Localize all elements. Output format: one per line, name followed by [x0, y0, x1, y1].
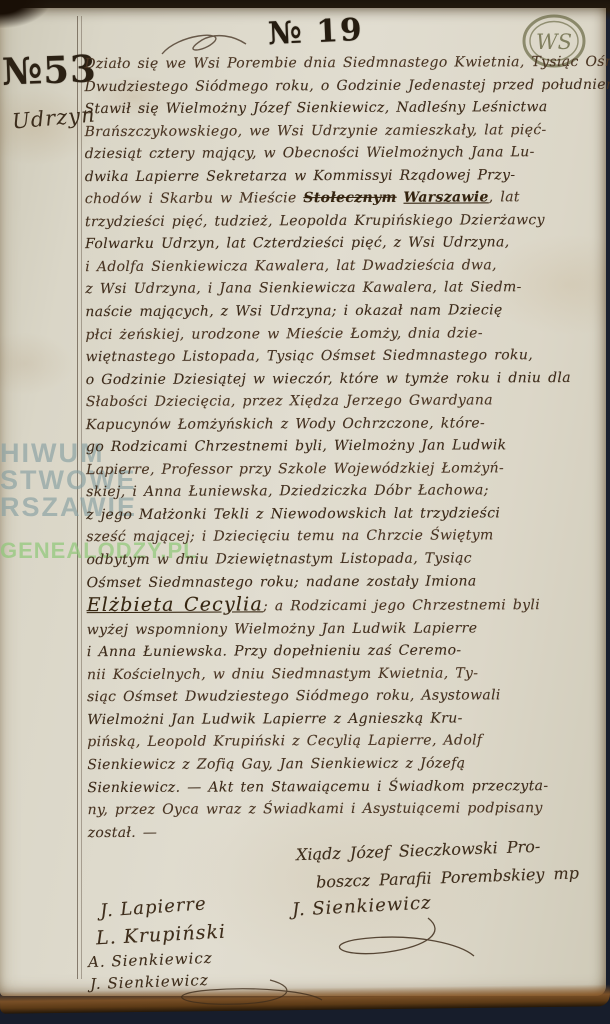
record-line: pińską, Leopold Krupiński z Cecylią Lapi…: [87, 729, 603, 754]
record-line: Sienkiewicz. — Akt ten Stawaiącemu i Świ…: [87, 774, 603, 799]
father-signature-flourish: [278, 912, 488, 968]
record-line: sześć mającej; i Dziecięciu temu na Chrz…: [86, 524, 602, 549]
act-number-margin: №53: [1, 46, 97, 93]
record-line: płci żeńskiej, urodzone w Mieście Łomży,…: [85, 321, 601, 346]
record-line: i Adolfa Sienkiewicza Kawalera, lat Dwad…: [85, 254, 601, 279]
record-line: Stawił się Wielmożny Józef Sienkiewicz, …: [84, 96, 600, 121]
record-text-fragment: , lat: [489, 190, 520, 206]
record-line: więtnastego Listopada, Tysiąc Ośmset Sie…: [86, 344, 602, 369]
record-line: z jego Małżonki Tekli z Niewodowskich la…: [86, 502, 602, 527]
record-line: dwika Lapierre Sekretarza w Kommissyi Rz…: [85, 164, 601, 189]
record-text-fragment: ; a Rodzicami jego Chrzestnemi byli: [263, 597, 540, 614]
record-line: o Godzinie Dziesiątej w wieczór, które w…: [86, 367, 602, 392]
record-line: Wielmożni Jan Ludwik Lapierre z Agnieszk…: [87, 707, 603, 732]
record-body: Działo się we Wsi Porembie dnia Siedmnas…: [84, 51, 603, 844]
record-line: wyżej wspomniony Wielmożny Jan Ludwik La…: [87, 617, 603, 642]
underlined-word: Warszawie: [403, 190, 488, 206]
record-line: ny, przez Oyca wraz z Świadkami i Asystu…: [88, 797, 604, 822]
record-line: Dwudziestego Siódmego roku, o Godzinie J…: [84, 73, 600, 98]
overwritten-word: Stołecznym: [303, 190, 396, 206]
record-line: siąc Ośmset Dwudziestego Siódmego roku, …: [87, 684, 603, 709]
record-line: dziesiąt cztery mający, w Obecności Wiel…: [85, 141, 601, 166]
record-line-given-names: Elżbieta Cecylia; a Rodzicami jego Chrze…: [87, 592, 603, 619]
record-line: go Rodzicami Chrzestnemi byli, Wielmożny…: [86, 434, 602, 459]
record-line: trzydzieści pięć, tudzież, Leopolda Krup…: [85, 209, 601, 234]
record-line: Lapierre, Professor przy Szkole Wojewódz…: [86, 457, 602, 482]
record-number-heading: № 19: [267, 12, 364, 52]
record-line: i Anna Łuniewska. Przy dopełnieniu zaś C…: [87, 639, 603, 664]
record-line: Słabości Dziecięcia, przez Xiędza Jerzeg…: [86, 389, 602, 414]
record-line: z Wsi Udrzyna, i Jana Sienkiewicza Kawal…: [85, 276, 601, 301]
child-given-names: Elżbieta Cecylia: [87, 593, 263, 616]
record-line: Folwarku Udrzyn, lat Czterdzieści pięć, …: [85, 231, 601, 256]
record-line: Kapucynów Łomżyńskich z Wody Ochrzczone,…: [86, 412, 602, 437]
witness-signature-flourish: [150, 978, 330, 1010]
record-line: Działo się we Wsi Porembie dnia Siedmnas…: [84, 51, 600, 76]
record-text-fragment: chodów i Skarbu w Mieście: [85, 190, 304, 207]
record-line: nii Kościelnych, w dniu Siedmnastym Kwie…: [87, 662, 603, 687]
record-line: Brańszczykowskiego, we Wsi Udrzynie zami…: [85, 119, 601, 144]
record-line-warszawa: chodów i Skarbu w Mieście Stołecznym War…: [85, 186, 601, 211]
record-line: naście mających, z Wsi Udrzyna; i okazał…: [85, 299, 601, 324]
record-line: odbytym w dniu Dziewiętnastym Listopada,…: [86, 547, 602, 572]
record-line: skiej, i Anna Łuniewska, Dziedziczka Dób…: [86, 479, 602, 504]
top-left-shadow: [0, 0, 50, 28]
scanned-register-photo: HIWUM STWOWE RSZAWIE GENEALODZY.PL № 19 …: [0, 0, 610, 1024]
record-line: Ośmset Siedmnastego roku; nadane zostały…: [87, 569, 603, 594]
record-line: Sienkiewicz z Zofią Gay, Jan Sienkiewicz…: [87, 752, 603, 777]
